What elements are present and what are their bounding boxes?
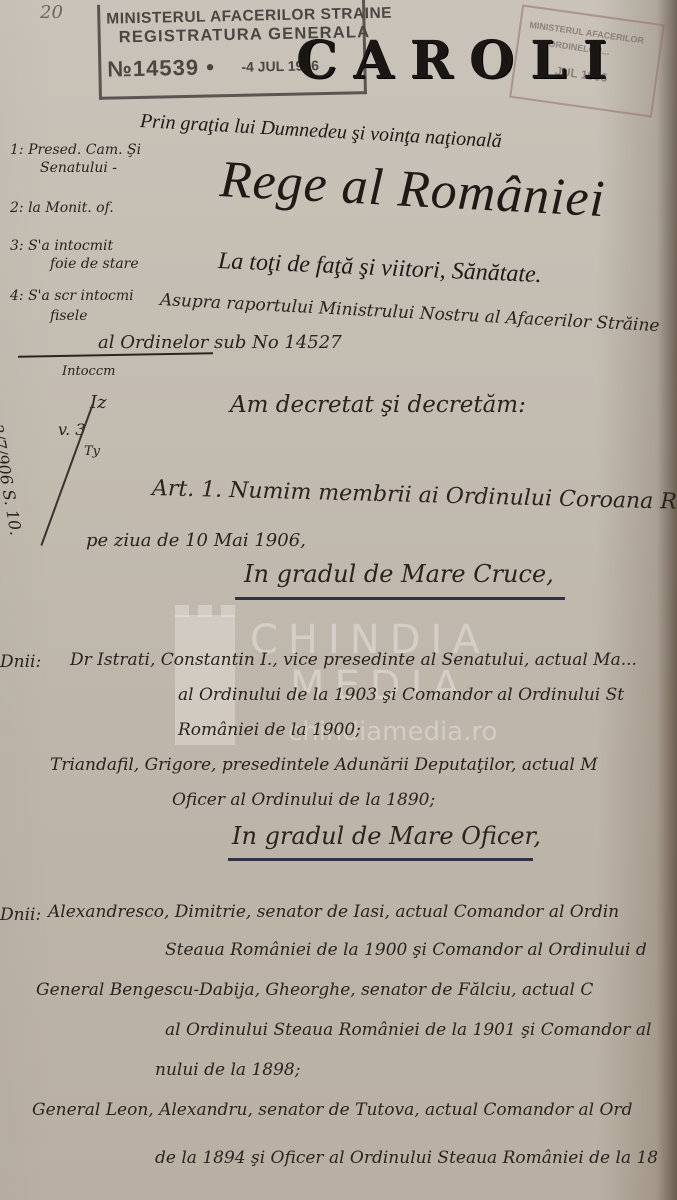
stamp-registry-number: №14539 • — [107, 54, 215, 82]
entry-istrati-line2: al Ordinului de la 1903 şi Comandor al O… — [178, 685, 624, 705]
heading-underline — [235, 597, 565, 600]
margin-note-4b: fisele — [50, 308, 88, 324]
entry-bengescu-line2: al Ordinului Steaua României de la 1901 … — [165, 1020, 651, 1040]
margin-note-1: 1: Presed. Cam. Şi — [10, 142, 141, 158]
margin-note-5: Intoccm — [62, 364, 115, 379]
monarch-title: CAROLI — [296, 30, 623, 91]
report-line-2: al Ordinelor sub No 14527 — [98, 332, 342, 353]
margin-note-3: 3: S'a intocmit — [10, 238, 113, 254]
article-1: Art. 1. Numim membrii ai Ordinului Coroa… — [152, 476, 677, 516]
section-prefix-1: Dnii: — [0, 652, 41, 672]
margin-note-2: 2: la Monit. of. — [10, 200, 114, 216]
date-line: pe ziua de 10 Mai 1906, — [86, 530, 306, 551]
entry-leon-line2: de la 1894 şi Oficer al Ordinului Steaua… — [155, 1148, 658, 1168]
margin-note-1b: Senatului - — [40, 160, 117, 176]
entry-alexandresco-line2: Steaua României de la 1900 şi Comandor a… — [165, 940, 647, 960]
margin-note-3b: foie de stare — [50, 256, 139, 272]
section-prefix-2: Dnii: — [0, 905, 41, 925]
entry-bengescu-line3: nului de la 1898; — [155, 1060, 300, 1080]
king-line: Rege al României — [218, 150, 606, 229]
entry-istrati-line3: României de la 1900; — [178, 720, 361, 740]
margin-note-4: 4: S'a scr intocmi — [10, 288, 134, 304]
grace-line: Prin graţia lui Dumnedeu şi voinţa naţio… — [139, 110, 502, 153]
corner-note: 20 — [40, 2, 63, 23]
side-vertical-note: 3/7/906 S. 10. — [0, 422, 26, 536]
decree-heading: Am decretat şi decretăm: — [230, 392, 526, 418]
margin-divider — [18, 352, 213, 357]
greeting-line: La toţi de faţă şi viitori, Sănătate. — [217, 248, 542, 289]
entry-istrati-line1: Dr Istrati, Constantin I., vice presedin… — [70, 650, 637, 670]
margin-note-8: Ty — [84, 444, 100, 459]
margin-note-6: Iz — [90, 392, 107, 413]
entry-triandafil-line1: Triandafil, Grigore, presedintele Adunăr… — [50, 755, 598, 775]
entry-alexandresco-line1: Alexandresco, Dimitrie, senator de Iasi,… — [48, 902, 619, 922]
heading-underline — [228, 858, 533, 861]
entry-bengescu-line1: General Bengescu-Dabija, Gheorghe, senat… — [36, 980, 593, 1000]
report-line: Asupra raportului Ministrului Nostru al … — [159, 290, 660, 336]
entry-triandafil-line2: Oficer al Ordinului de la 1890; — [172, 790, 435, 810]
document-page: 20 MINISTERUL AFACERILOR STRAINE REGISTR… — [0, 0, 677, 1200]
section-heading-mare-oficer: In gradul de Mare Oficer, — [232, 822, 541, 850]
section-heading-mare-cruce: In gradul de Mare Cruce, — [244, 560, 554, 588]
entry-leon-line1: General Leon, Alexandru, senator de Tuto… — [32, 1100, 632, 1120]
